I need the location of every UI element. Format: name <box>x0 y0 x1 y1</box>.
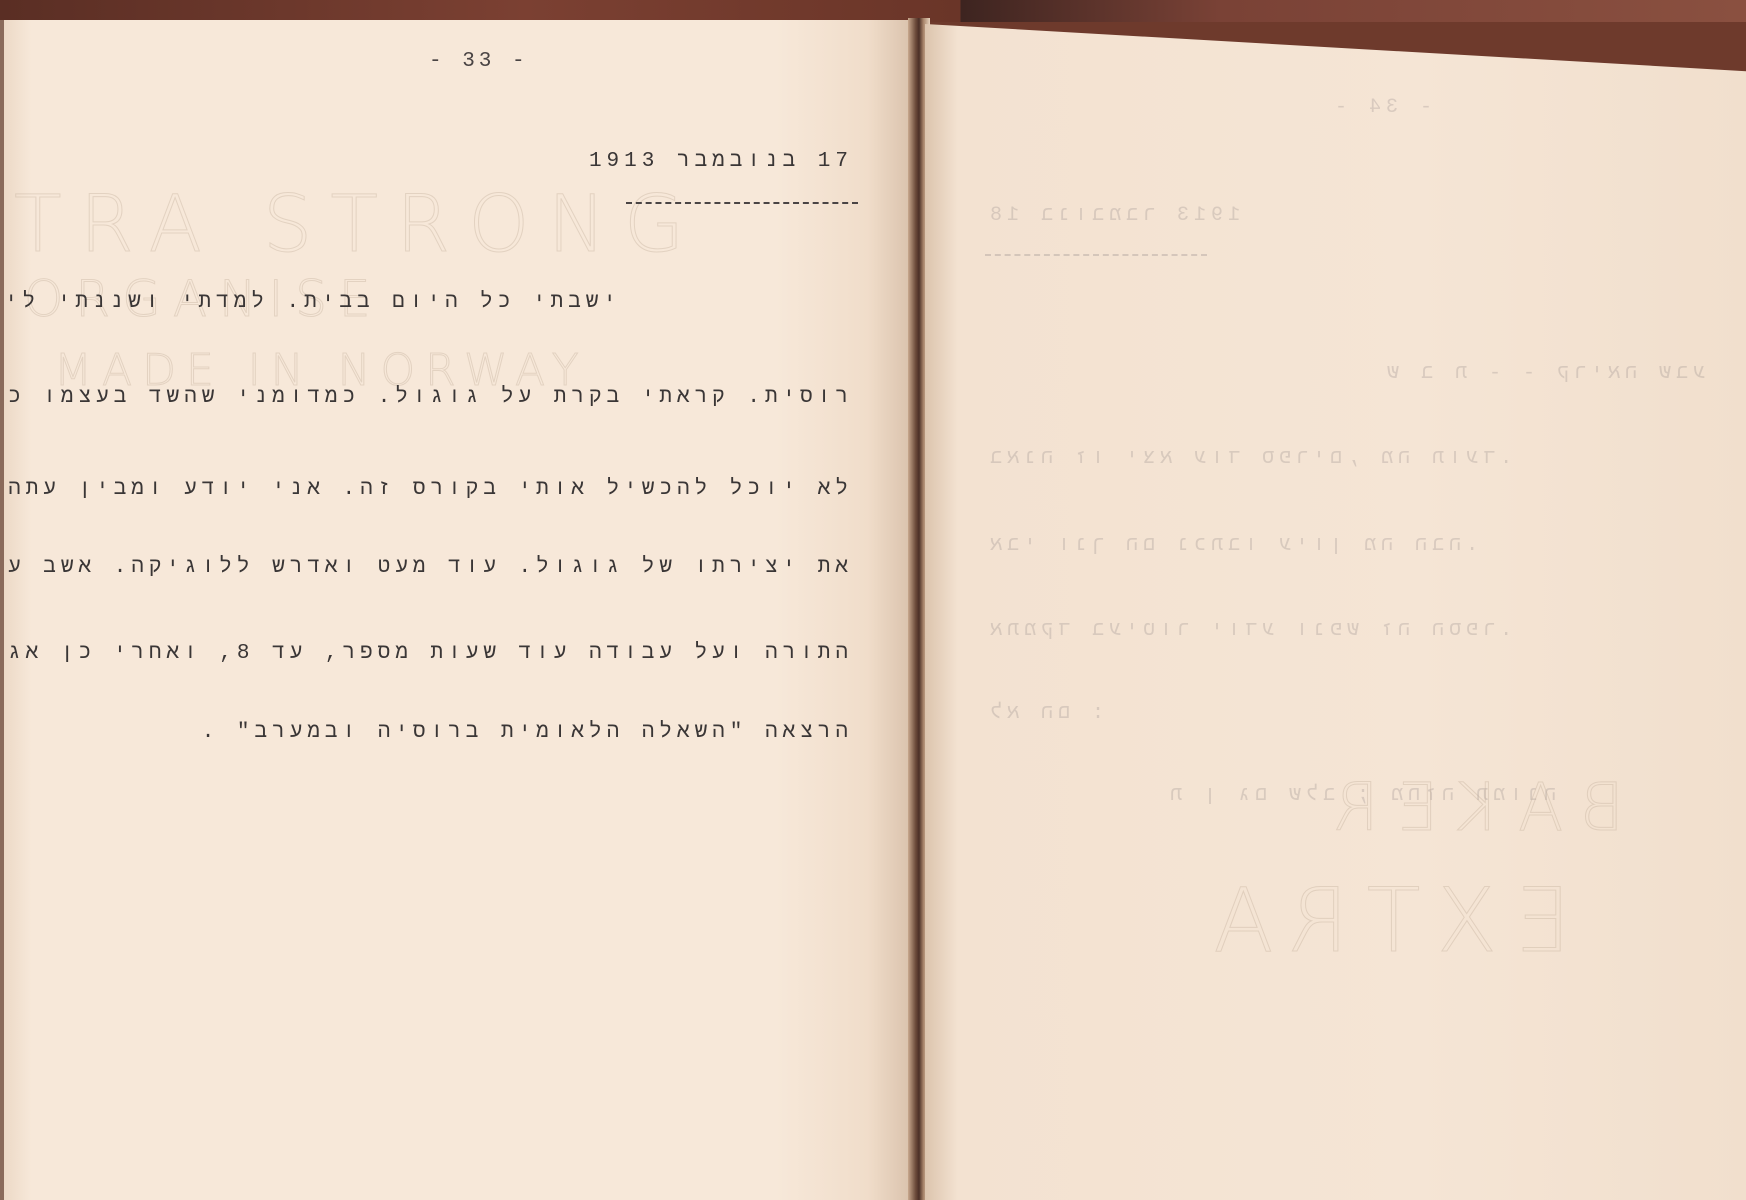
diary-line-5: התורה ועל עבודה עוד שעות מספר, עד 8, ואח… <box>0 642 853 665</box>
diary-line-6: הרצאה "השאלה הלאומית ברוסיה ובמערב" . <box>202 721 853 744</box>
ghost-line-2: באנה זו יצא עוד ספרים, מה תועד. <box>985 447 1512 470</box>
diary-line-1: ישבתי כל היום בבית. למדתי ושננתי לי <box>5 291 621 314</box>
ghost-date-underline <box>985 254 1207 256</box>
ghost-page-number: - 34 - <box>1330 96 1432 119</box>
ghost-line-3: אבי ונך הם נכתבו עיון מה הבה. <box>985 534 1478 557</box>
watermark-extra: EXTRA <box>1195 869 1571 972</box>
watermark-strong: TRA STRONG <box>14 180 702 270</box>
ghost-line-4: אתמקד בעיטור יודע ונפש זה הספר. <box>985 619 1512 642</box>
watermark-baker: BAKER <box>1315 769 1624 846</box>
diary-line-4: את יצירתו של גוגול. עוד מעט ואדרש ללוגיק… <box>0 556 853 579</box>
date-underline <box>626 202 858 204</box>
ghost-line-1: ש ב ת - - קריאה שבע <box>1382 362 1705 385</box>
right-page: - 34 - 18 בנובמבר 1913 ש ב ת - - קריאה ש… <box>925 24 1746 1200</box>
date-heading: 17 בנובמבר 1913 <box>589 150 853 173</box>
left-page: TRA STRONG ORGANISE MADE IN NORWAY - 33 … <box>0 20 913 1200</box>
book-cover-edge <box>0 0 1746 22</box>
diary-line-3: לא יוכל להכשיל אותי בקורס זה. אני יודע ו… <box>0 478 853 501</box>
page-number: - 33 - <box>429 50 529 73</box>
ghost-date: 18 בנובמבר 1913 <box>985 204 1240 227</box>
ghost-line-5: לא הם : <box>985 702 1104 725</box>
diary-line-2: רוסית. קראתי בקרת על גוגול. כמדומני שהשד… <box>0 386 853 409</box>
